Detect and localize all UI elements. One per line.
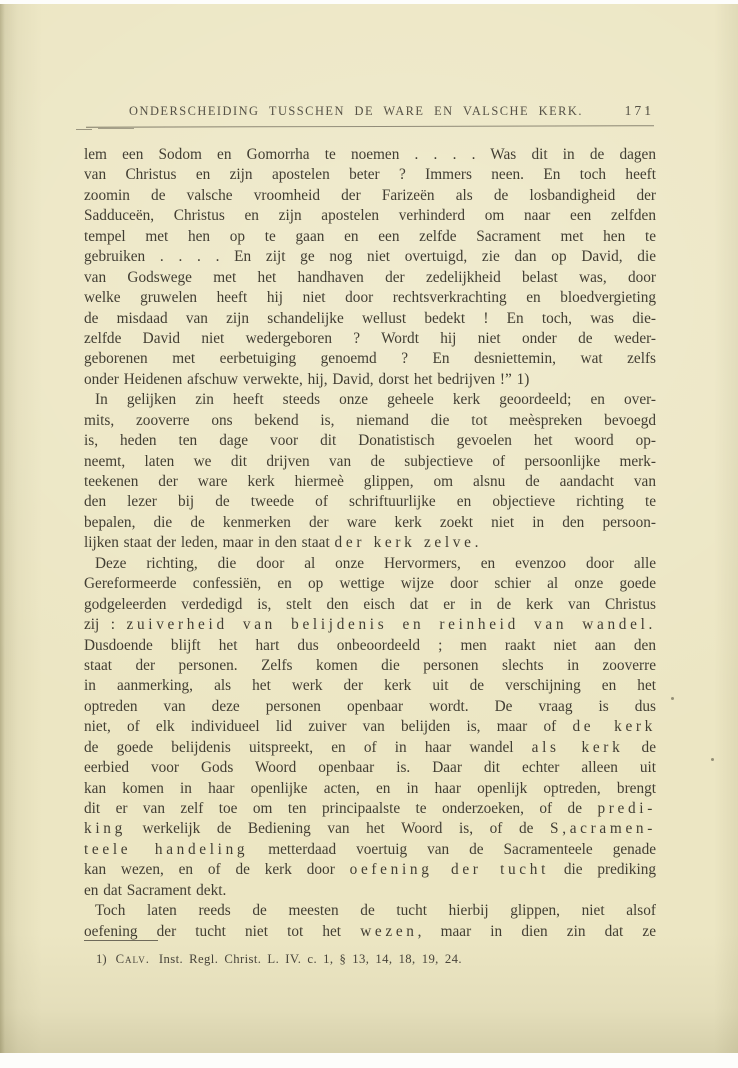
text-line: eerbied voor Gods Woord openbaar is. Daa… — [84, 758, 656, 778]
paragraph: In gelijken zin heeft steeds onze geheel… — [84, 390, 656, 554]
text-line: lem een Sodom en Gomorrha te noemen . . … — [84, 145, 656, 165]
running-header: ONDERSCHEIDING TUSSCHEN DE WARE EN VALSC… — [84, 103, 656, 120]
paragraph: Toch laten reeds de meesten de tucht hie… — [84, 901, 656, 942]
body-text: lem een Sodom en Gomorrha te noemen . . … — [84, 145, 656, 942]
text-line: de misdaad van zijn schandelijke wellust… — [84, 309, 656, 329]
text-line: onder Heidenen afschuw verwekte, hij, Da… — [84, 370, 656, 390]
text-line: zij : zuiverheid van belijdenis en reinh… — [84, 615, 656, 635]
text-line: van Christus en zijn apostelen beter ? I… — [84, 165, 656, 185]
text-line: geborenen met eerbetuiging genoemd ? En … — [84, 349, 656, 369]
text-line: kan komen in haar openlijke acten, en in… — [84, 779, 656, 799]
paper-sheet: ONDERSCHEIDING TUSSCHEN DE WARE EN VALSC… — [0, 4, 738, 1053]
running-header-title: ONDERSCHEIDING TUSSCHEN DE WARE EN VALSC… — [129, 104, 583, 119]
header-rule-dash — [98, 128, 134, 129]
footnote: 1)Calv.Inst. Regl. Christ. L. IV. c. 1, … — [96, 952, 656, 967]
paragraph: Deze richting, die door al onze Hervorme… — [84, 554, 656, 901]
text-line: Deze richting, die door al onze Hervorme… — [84, 554, 656, 574]
header-rule-dash — [76, 129, 92, 130]
footnote-separator — [84, 940, 158, 941]
text-line: oefening der tucht niet tot het wezen, m… — [84, 922, 656, 942]
text-line: in aanmerking, als het werk der kerk uit… — [84, 676, 656, 696]
text-line: van Godswege met het handhaven der zedel… — [84, 268, 656, 288]
text-line: tempel met hen op te gaan en een zelfde … — [84, 227, 656, 247]
text-line: niet, of elk individueel lid zuiver van … — [84, 717, 656, 737]
text-line: teekenen der ware kerk hiermeè glippen, … — [84, 472, 656, 492]
paragraph: lem een Sodom en Gomorrha te noemen . . … — [84, 145, 656, 390]
text-line: godgeleerden verdedigd is, stelt den eis… — [84, 595, 656, 615]
text-line: is, heden ten dage voor dit Donatistisch… — [84, 431, 656, 451]
header-rule — [86, 125, 654, 127]
text-line: Gereformeerde confessiën, en op wettige … — [84, 574, 656, 594]
text-line: den lezer bij de tweede of schriftuurlij… — [84, 492, 656, 512]
scanned-book-page: ONDERSCHEIDING TUSSCHEN DE WARE EN VALSC… — [0, 0, 738, 1068]
ink-speck — [671, 697, 674, 700]
text-line: zoomin de valsche vroomheid der Farizeën… — [84, 186, 656, 206]
footnote-author: Calv. — [116, 952, 150, 966]
footnote-citation: Inst. Regl. Christ. L. IV. c. 1, § 13, 1… — [159, 952, 462, 966]
page-number: 171 — [625, 103, 654, 119]
text-line: en dat Sacrament dekt. — [84, 881, 656, 901]
ink-speck — [711, 758, 714, 761]
text-line: gebruiken . . . . En zijt ge nog niet ov… — [84, 247, 656, 267]
text-line: kan wezen, en of de kerk door oefening d… — [84, 860, 656, 880]
footnote-marker: 1) — [96, 952, 107, 966]
text-line: bepalen, die de kenmerken der ware kerk … — [84, 513, 656, 533]
text-line: teele handeling metterdaad voertuig van … — [84, 840, 656, 860]
text-line: In gelijken zin heeft steeds onze geheel… — [84, 390, 656, 410]
text-line: zelfde David niet wedergeboren ? Wordt h… — [84, 329, 656, 349]
text-line: king werkelijk de Bediening van het Woor… — [84, 819, 656, 839]
text-line: mits, zooverre ons bekend is, niemand di… — [84, 411, 656, 431]
text-line: optreden van deze personen openbaar word… — [84, 697, 656, 717]
text-line: staat der personen. Zelfs komen die pers… — [84, 656, 656, 676]
text-line: lijken staat der leden, maar in den staa… — [84, 533, 656, 553]
text-line: Toch laten reeds de meesten de tucht hie… — [84, 901, 656, 921]
text-line: Sadduceën, Christus en zijn apostelen ve… — [84, 206, 656, 226]
text-line: Dusdoende blijft het hart dus onbeoordee… — [84, 636, 656, 656]
ink-speck — [646, 108, 649, 110]
text-line: welke gruwelen heeft hij niet door recht… — [84, 288, 656, 308]
text-line: dit er van zelf toe om ten principaalste… — [84, 799, 656, 819]
text-line: de goede belijdenis uitspreekt, en of in… — [84, 738, 656, 758]
text-line: neemt, laten we dit drijven van de subje… — [84, 452, 656, 472]
